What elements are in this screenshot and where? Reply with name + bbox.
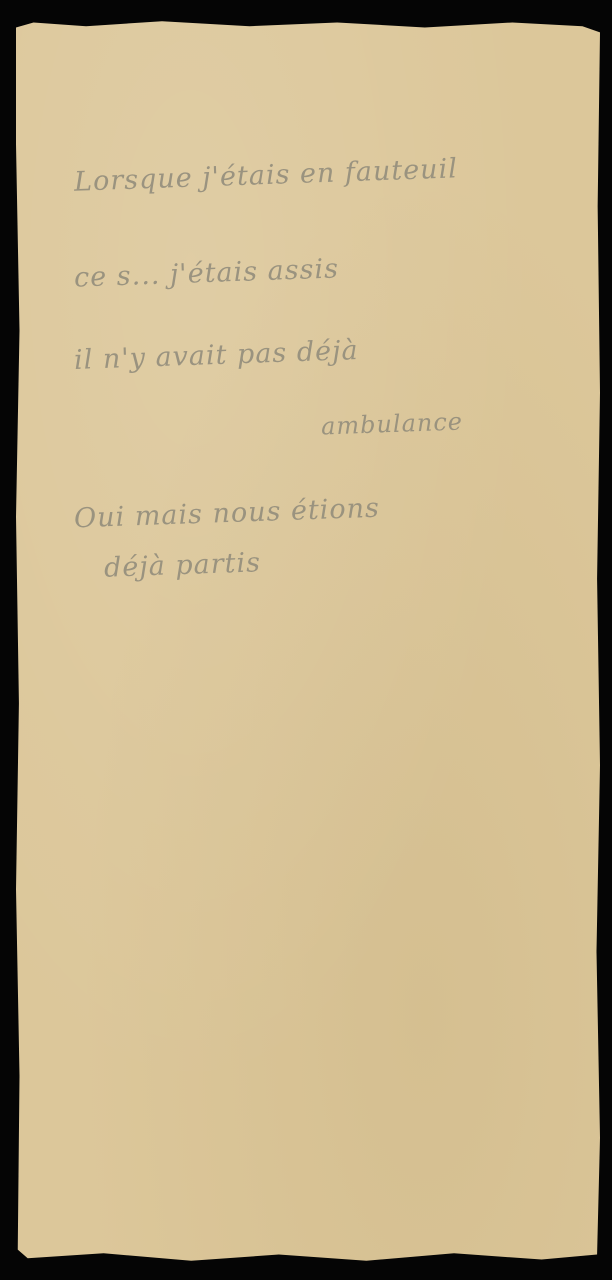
paper-sheet: Lorsque j'étais en fauteuil ce s... j'ét… bbox=[16, 20, 600, 1262]
handwritten-line-3: il n'y avait pas déjà bbox=[74, 335, 359, 376]
handwritten-line-1: Lorsque j'étais en fauteuil bbox=[74, 153, 459, 197]
handwritten-line-6: déjà partis bbox=[104, 547, 262, 583]
handwritten-insertion: ambulance bbox=[321, 408, 464, 441]
handwritten-line-5: Oui mais nous étions bbox=[74, 493, 381, 535]
handwritten-line-2: ce s... j'étais assis bbox=[74, 253, 340, 293]
